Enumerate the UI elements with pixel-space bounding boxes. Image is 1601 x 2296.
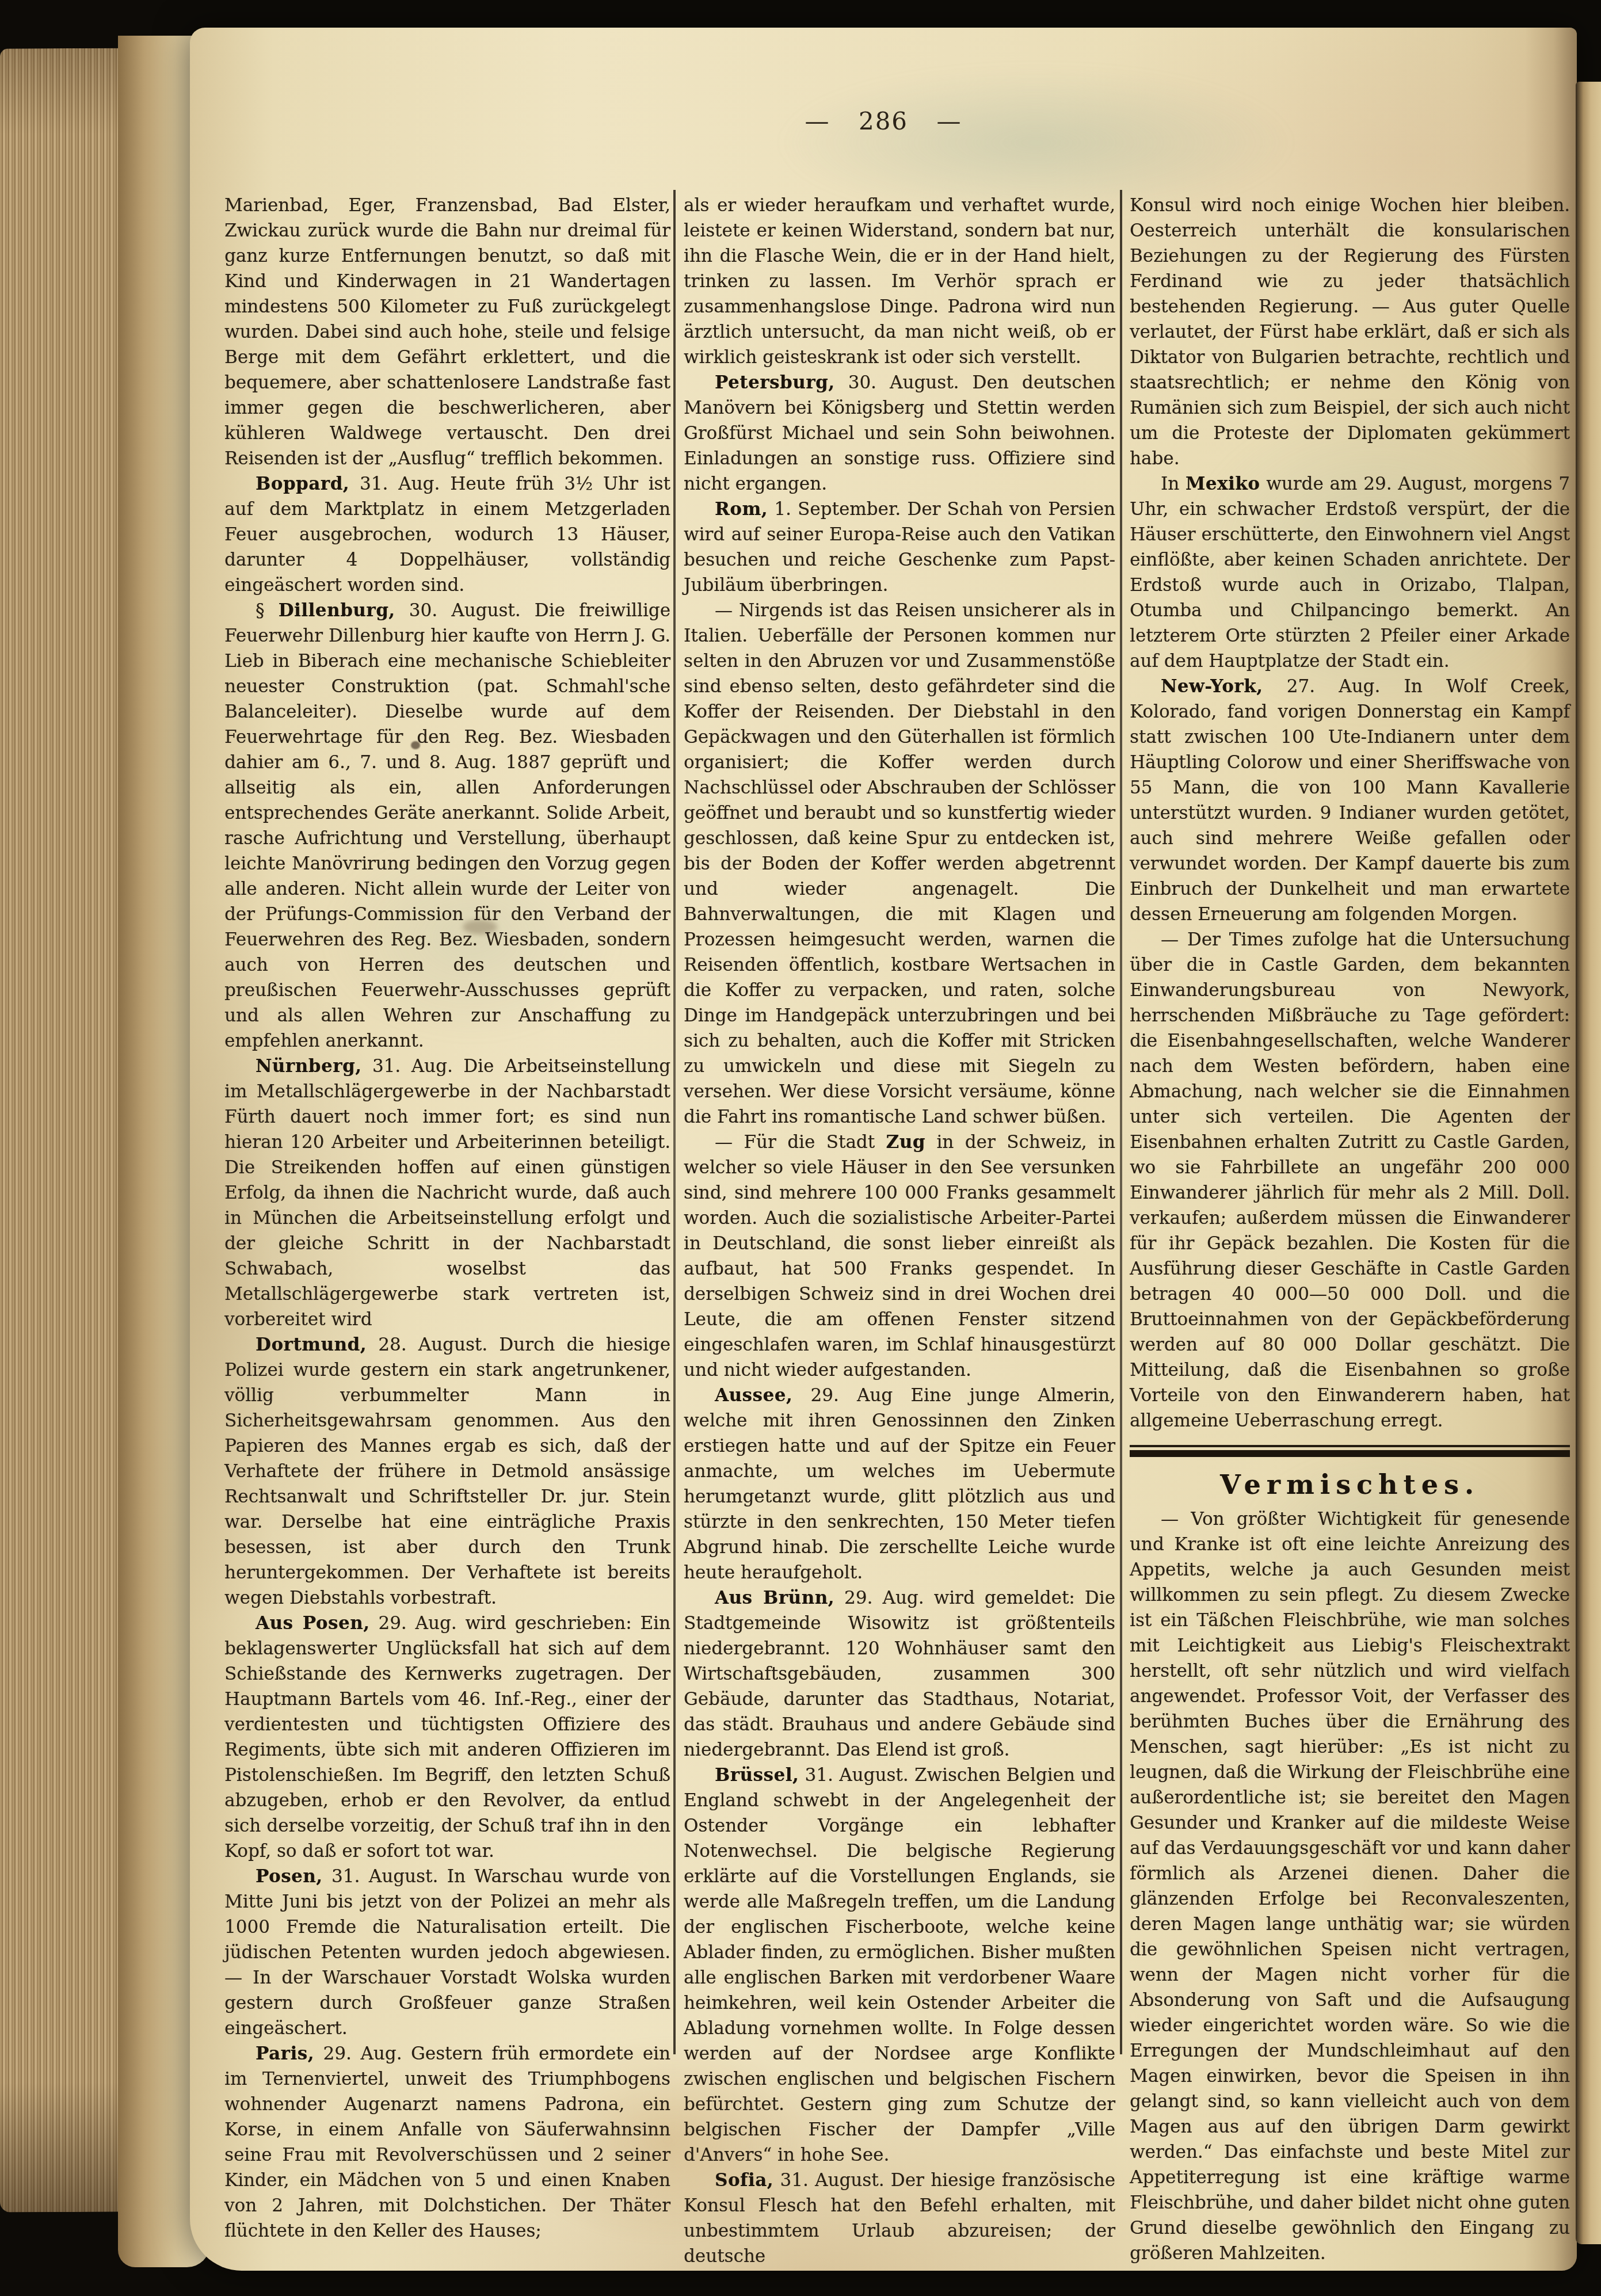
- paragraph-text: — Von größter Wichtigkeit für genesende …: [1130, 1509, 1570, 2264]
- article-paragraph: — Für die Stadt Zug in der Schweiz, in w…: [684, 1130, 1115, 1383]
- paragraph-text: 28. August. Durch die hiesige Polizei wu…: [224, 1334, 670, 1608]
- paragraph-text: — Nirgends ist das Reisen unsicherer als…: [684, 600, 1115, 1127]
- next-page-edge: [1576, 82, 1601, 2244]
- dateline: Boppard,: [256, 474, 349, 494]
- paragraph-text: als er wieder heraufkam und verhaftet wu…: [684, 195, 1115, 368]
- article-paragraph: § Dillenburg, 30. August. Die freiwillig…: [224, 598, 670, 1054]
- dateline: Mexiko: [1185, 474, 1260, 494]
- dateline: Dortmund,: [256, 1334, 367, 1355]
- divider-thin-line: [1130, 1445, 1570, 1447]
- paragraph-text: 29. Aug. wird gemeldet: Die Stadtgemeind…: [684, 1588, 1115, 1760]
- dateline: Sofia,: [715, 2170, 773, 2191]
- newspaper-column-2: als er wieder heraufkam und verhaftet wu…: [684, 193, 1115, 2269]
- article-paragraph: Boppard, 31. Aug. Heute früh 3½ Uhr ist …: [224, 471, 670, 598]
- dateline: Posen,: [256, 1866, 323, 1887]
- article-paragraph: — Von größter Wichtigkeit für genesende …: [1130, 1506, 1570, 2266]
- paragraph-text: in der Schweiz, in welcher so viele Häus…: [684, 1132, 1115, 1380]
- article-paragraph: New-York, 27. Aug. In Wolf Creek, Kolora…: [1130, 674, 1570, 927]
- dateline-prefix: In: [1161, 474, 1185, 494]
- article-paragraph: Paris, 29. Aug. Gestern früh ermordete e…: [224, 2041, 670, 2244]
- dateline: Aus Posen,: [256, 1613, 370, 1634]
- article-paragraph: Dortmund, 28. August. Durch die hiesige …: [224, 1332, 670, 1611]
- article-paragraph: Aussee, 29. Aug Eine junge Almerin, welc…: [684, 1383, 1115, 1585]
- divider-thick-bar: [1130, 1450, 1570, 1457]
- dateline: Aussee,: [715, 1385, 792, 1406]
- paragraph-text: wurde am 29. August, morgens 7 Uhr, ein …: [1130, 474, 1570, 672]
- paragraph-text: 29. Aug Eine junge Almerin, welche mit i…: [684, 1385, 1115, 1583]
- article-paragraph: Rom, 1. September. Der Schah von Persien…: [684, 497, 1115, 598]
- paragraph-text: 31. August. Zwischen Belgien und England…: [684, 1765, 1115, 2165]
- dateline: Zug: [886, 1132, 925, 1153]
- article-paragraph: Petersburg, 30. August. Den deutschen Ma…: [684, 370, 1115, 497]
- article-paragraph: Sofia, 31. August. Der hiesige französis…: [684, 2168, 1115, 2269]
- article-paragraph: Brüssel, 31. August. Zwischen Belgien un…: [684, 1763, 1115, 2168]
- article-paragraph: Posen, 31. August. In Warschau wurde von…: [224, 1864, 670, 2041]
- article-paragraph: Konsul wird noch einige Wochen hier blei…: [1130, 193, 1570, 471]
- dateline-prefix: — Für die Stadt: [715, 1132, 886, 1153]
- dateline: Paris,: [256, 2043, 314, 2064]
- paragraph-text: — Der Times zufolge hat die Untersuchung…: [1130, 929, 1570, 1431]
- article-paragraph: Nürnberg, 31. Aug. Die Arbeitseinstellun…: [224, 1054, 670, 1332]
- article-paragraph: — Der Times zufolge hat die Untersuchung…: [1130, 927, 1570, 1433]
- article-paragraph: Aus Brünn, 29. Aug. wird gemeldet: Die S…: [684, 1585, 1115, 1763]
- article-paragraph: In Mexiko wurde am 29. August, morgens 7…: [1130, 471, 1570, 674]
- dateline: New-York,: [1161, 676, 1263, 697]
- article-paragraph: Aus Posen, 29. Aug. wird geschrieben: Ei…: [224, 1611, 670, 1864]
- paragraph-text: Konsul wird noch einige Wochen hier blei…: [1130, 195, 1570, 469]
- dateline: Dillenburg,: [279, 600, 395, 621]
- paragraph-text: 29. Aug. wird geschrieben: Ein beklagens…: [224, 1613, 670, 1862]
- book-binding-page-edges: [0, 48, 132, 2212]
- paragraph-text: 31. August. In Warschau wurde von Mitte …: [224, 1866, 670, 2039]
- dateline: Brüssel,: [715, 1765, 799, 1786]
- article-paragraph: als er wieder heraufkam und verhaftet wu…: [684, 193, 1115, 370]
- paragraph-text: 29. Aug. Gestern früh ermordete ein im T…: [224, 2043, 670, 2241]
- section-title: Vermischtes.: [1130, 1472, 1570, 1497]
- dateline: Petersburg,: [715, 372, 835, 393]
- section-divider-rule: [1130, 1445, 1570, 1457]
- article-paragraph: — Nirgends ist das Reisen unsicherer als…: [684, 598, 1115, 1130]
- dateline-prefix: §: [256, 600, 279, 621]
- column-divider-rule: [1120, 190, 1122, 2054]
- article-paragraph: Marienbad, Eger, Franzensbad, Bad Elster…: [224, 193, 670, 471]
- page-number: — 286 —: [190, 107, 1577, 135]
- scanned-newspaper-page: — 286 — Marienbad, Eger, Franzensbad, Ba…: [0, 0, 1601, 2296]
- dateline: Nürnberg,: [256, 1056, 361, 1077]
- dateline: Rom,: [715, 499, 768, 520]
- paragraph-text: 30. August. Die freiwillige Feuerwehr Di…: [224, 600, 670, 1051]
- paragraph-text: Marienbad, Eger, Franzensbad, Bad Elster…: [224, 195, 670, 469]
- newspaper-column-3: Konsul wird noch einige Wochen hier blei…: [1130, 193, 1570, 2266]
- column-divider-rule: [673, 190, 676, 2054]
- dateline: Aus Brünn,: [715, 1588, 834, 1608]
- paragraph-text: 27. Aug. In Wolf Creek, Kolorado, fand v…: [1130, 676, 1570, 925]
- paragraph-text: 31. Aug. Die Arbeitseinstellung im Metal…: [224, 1056, 670, 1330]
- newspaper-column-1: Marienbad, Eger, Franzensbad, Bad Elster…: [224, 193, 670, 2244]
